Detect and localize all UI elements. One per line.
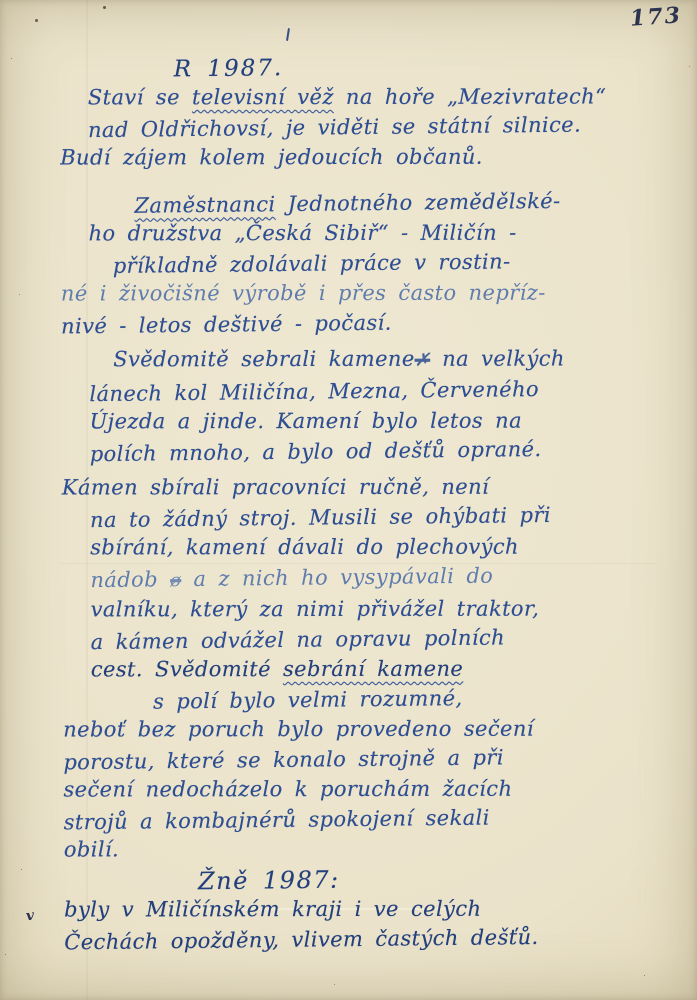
text-span: porostu, které se konalo strojně a při xyxy=(63,745,504,774)
text-span: Kámen sbírali pracovníci ručně, není xyxy=(62,475,489,500)
handwritten-line: cest. Svědomité sebrání kamene xyxy=(91,653,661,684)
text-span: a kámen odvážel na opravu polních xyxy=(91,625,506,654)
text-span: Újezda a jinde. Kamení bylo letos na xyxy=(90,409,522,434)
text-span: Budí zájem kolem jedoucích občanů. xyxy=(60,145,483,170)
text-span: na to žádný stroj. Musili se ohýbati při xyxy=(90,503,551,532)
paper-speckles xyxy=(103,6,106,9)
text-span: byly v Miličínském kraji i ve celých xyxy=(64,897,481,922)
handwritten-line: Zaměstnanci Jednotného zemědělské- xyxy=(134,185,658,221)
margin-check-mark: v xyxy=(25,908,35,925)
handwritten-line: neboť bez poruch bylo provedeno sečení xyxy=(63,713,661,744)
handwritten-line: na to žádný stroj. Musili se ohýbati při xyxy=(90,499,660,535)
handwritten-line: nivé - letos deštivé - počasí. xyxy=(61,305,659,342)
text-span: na velkých xyxy=(430,347,565,371)
handwritten-line: příkladně zdolávali práce v rostin- xyxy=(113,245,659,281)
handwritten-line: porostu, které se konalo strojně a při xyxy=(63,741,661,778)
text-span: Staví se xyxy=(88,85,192,109)
text-span: sečení nedocházelo k poruchám žacích xyxy=(63,777,512,802)
handwritten-line: Čechách opožděny, vlivem častých dešťů. xyxy=(64,921,662,958)
handwritten-line: Staví se televisní věž na hoře „Mezivrat… xyxy=(88,81,658,112)
text-span: nivé - letos deštivé - počasí. xyxy=(61,311,392,339)
handwritten-line: valníku, který za nimi přivážel traktor, xyxy=(91,593,661,624)
text-span: neboť bez poruch bylo provedeno sečení xyxy=(63,717,534,742)
text-span: polích mnoho, a bylo od dešťů oprané. xyxy=(90,437,542,466)
handwritten-line: strojů a kombajnérů spokojení sekali xyxy=(64,801,662,838)
handwritten-line: Budí zájem kolem jedoucích občanů. xyxy=(60,141,658,172)
crossed-out-mark: ø xyxy=(170,570,181,591)
text-span: Čechách opožděny, vlivem častých dešťů. xyxy=(64,925,539,954)
handwritten-line: né i živočišné výrobě i přes často nepří… xyxy=(61,277,659,308)
handwritten-line: ho družstva „Česká Sibiř“ - Miličín - xyxy=(89,217,659,248)
text-span: Žně 1987: xyxy=(198,866,340,896)
text-span: cest. xyxy=(91,657,155,681)
handwritten-line: obilí. xyxy=(64,833,662,864)
crossed-out-mark: ✗ xyxy=(415,350,431,371)
manuscript-lines: R 1987.Staví se televisní věž na hoře „M… xyxy=(48,50,663,955)
text-span: nad Oldřichovsí, je viděti se státní sil… xyxy=(88,113,581,143)
underlined-phrase: Zaměstnanci xyxy=(134,192,275,218)
handwritten-line: nad Oldřichovsí, je viděti se státní sil… xyxy=(88,109,658,145)
handwritten-line: s polí bylo velmi rozumné, xyxy=(153,681,661,717)
scanned-paper-page: 173 v R 1987.Staví se televisní věž na h… xyxy=(0,0,697,1000)
text-span: lánech kol Miličína, Mezna, Červeného xyxy=(89,377,539,406)
underlined-phrase: televisní věž xyxy=(192,85,334,109)
handwritten-line: polích mnoho, a bylo od dešťů oprané. xyxy=(90,433,660,469)
handwritten-line: lánech kol Miličína, Mezna, Červeného xyxy=(89,373,659,409)
text-span: a z nich ho vysypávali do xyxy=(181,564,493,592)
handwritten-line: sbírání, kamení dávali do plechových xyxy=(90,531,660,562)
handwritten-line: Kámen sbírali pracovníci ručně, není xyxy=(62,471,660,502)
page-number: 173 xyxy=(629,2,683,32)
text-span: Svědomitě sebrali kamene xyxy=(113,347,414,372)
text-span: sbírání, kamení dávali do plechových xyxy=(90,535,519,560)
text-span: R 1987. xyxy=(174,55,284,82)
text-span: strojů a kombajnérů spokojení sekali xyxy=(64,806,490,835)
text-span: valníku, který za nimi přivážel traktor, xyxy=(91,597,540,622)
handwritten-line: byly v Miličínském kraji i ve celých xyxy=(64,893,662,924)
text-span: Svědomité xyxy=(155,657,283,681)
text-span: Jednotného zemědělské- xyxy=(275,189,560,216)
handwritten-line: Svědomitě sebrali kamene✗ na velkých xyxy=(113,343,659,376)
handwritten-line: nádob ø a z nich ho vysypávali do xyxy=(90,559,660,597)
text-span: nádob xyxy=(90,567,170,592)
handwritten-line: Újezda a jinde. Kamení bylo letos na xyxy=(90,405,660,436)
handwritten-line: Žně 1987: xyxy=(198,861,662,896)
text-span: obilí. xyxy=(64,837,119,861)
stray-ink-stroke xyxy=(286,28,290,41)
text-span: né i živočišné výrobě i přes často nepří… xyxy=(61,281,546,306)
text-span: na hoře „Mezivratech“ xyxy=(334,84,606,108)
handwritten-line: R 1987. xyxy=(174,49,658,84)
text-span: s polí bylo velmi rozumné, xyxy=(153,686,463,714)
underlined-phrase: sebrání kamene xyxy=(283,657,463,681)
handwritten-line: sečení nedocházelo k poruchám žacích xyxy=(63,773,661,804)
text-span: příkladně zdolávali práce v rostin- xyxy=(113,249,511,278)
text-span: ho družstva „Česká Sibiř“ - Miličín - xyxy=(89,221,517,246)
handwritten-line: a kámen odvážel na opravu polních xyxy=(91,621,661,657)
